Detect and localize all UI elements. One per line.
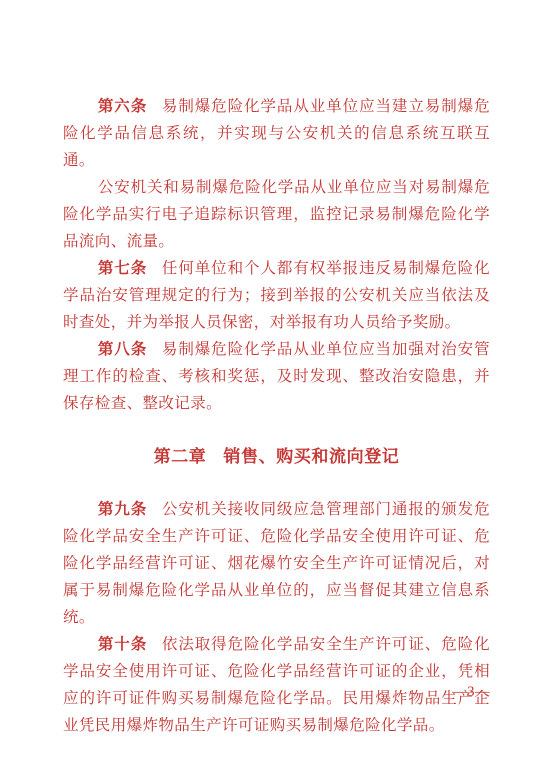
chapter-number: 第二章 bbox=[154, 447, 207, 466]
document-body: 第六条易制爆危险化学品从业单位应当建立易制爆危险化学品信息系统，并实现与公安机关… bbox=[63, 93, 490, 739]
article-number: 第十条 bbox=[98, 636, 147, 653]
paragraph-article-9: 第九条公安机关接收同级应急管理部门通报的颁发危险化学品安全生产许可证、危险化学品… bbox=[63, 496, 490, 631]
article-number: 第七条 bbox=[98, 260, 147, 277]
document-page: 第六条易制爆危险化学品从业单位应当建立易制爆危险化学品信息系统，并实现与公安机关… bbox=[0, 0, 552, 782]
article-number: 第六条 bbox=[98, 98, 147, 115]
paragraph-text: 公安机关和易制爆危险化学品从业单位应当对易制爆危险化学品实行电子追踪标识管理，监… bbox=[63, 179, 490, 250]
paragraph-article-8: 第八条易制爆危险化学品从业单位应当加强对治安管理工作的检查、考核和奖惩，及时发现… bbox=[63, 336, 490, 417]
page-number: —3— bbox=[452, 684, 490, 701]
paragraph-article-6: 第六条易制爆危险化学品从业单位应当建立易制爆危险化学品信息系统，并实现与公安机关… bbox=[63, 93, 490, 174]
paragraph-article-6-continued: 公安机关和易制爆危险化学品从业单位应当对易制爆危险化学品实行电子追踪标识管理，监… bbox=[63, 174, 490, 255]
paragraph-article-7: 第七条任何单位和个人都有权举报违反易制爆危险化学品治安管理规定的行为；接到举报的… bbox=[63, 255, 490, 336]
article-number: 第九条 bbox=[98, 501, 147, 518]
paragraph-article-10: 第十条依法取得危险化学品安全生产许可证、危险化学品安全使用许可证、危险化学品经营… bbox=[63, 631, 490, 739]
chapter-title: 销售、购买和流向登记 bbox=[223, 447, 399, 466]
paragraph-text: 公安机关接收同级应急管理部门通报的颁发危险化学品安全生产许可证、危险化学品安全使… bbox=[63, 501, 490, 626]
chapter-heading: 第二章销售、购买和流向登记 bbox=[63, 443, 490, 470]
article-number: 第八条 bbox=[98, 341, 147, 358]
